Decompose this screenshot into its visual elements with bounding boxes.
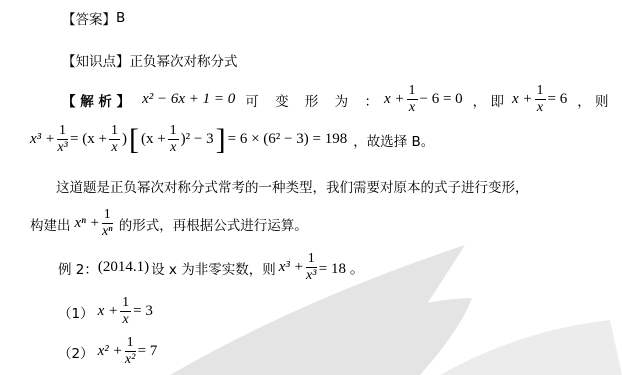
example-2-line: 例 2： (2014.1) 设 x 为非零实数，则 x³ + 1x³ = 18 … (58, 252, 365, 283)
option-1: （1） x + 1x = 3 (58, 296, 153, 327)
knowledge-label: 【知识点】 (62, 50, 130, 70)
equation-2-left: x + (384, 91, 405, 108)
analysis-label: 【 解 析 】 (62, 90, 130, 110)
option-result: = 7 (138, 343, 158, 360)
power-sum-expr: xⁿ + (75, 215, 100, 232)
analysis-text-3: ， 则 (577, 90, 608, 110)
knowledge-line: 【知识点】 正负幂次对称分式 (62, 50, 238, 70)
fraction-numerator: 1 (535, 84, 546, 100)
identity-inner-1: (x + (141, 131, 166, 148)
fraction-numerator: 1 (120, 296, 131, 312)
fraction-denominator: xⁿ (102, 224, 113, 239)
analysis-text-1: 可 变 形 为 ： (245, 90, 384, 110)
analysis-line-1: 【 解 析 】 x² − 6x + 1 = 0 可 变 形 为 ： x + 1x… (62, 84, 609, 115)
equation-3-left: x + (512, 91, 533, 108)
answer-label: 【答案】 (62, 8, 116, 28)
option-expr: x + (98, 303, 119, 320)
fraction-denominator: x³ (306, 268, 316, 283)
example-label: 例 2： (58, 258, 98, 278)
fraction-denominator: x (123, 312, 129, 327)
fraction-denominator: x² (125, 352, 135, 367)
fraction-numerator: 1 (407, 84, 418, 100)
left-bracket: [ (129, 125, 139, 155)
identity-inner-2: )² − 3 (181, 131, 214, 148)
paragraph-text-2-post: 的形式，再根据公式进行运算。 (119, 214, 308, 234)
cube-sum-left: x³ + (30, 131, 55, 148)
example-text: 设 x 为非零实数，则 (151, 258, 276, 278)
fraction-1-over-x: 1x (407, 84, 418, 115)
option-fraction: 1x² (125, 336, 136, 367)
identity-part-2: ) (122, 131, 127, 148)
fraction-numerator: 1 (306, 252, 317, 268)
fraction-numerator: 1 (109, 124, 120, 140)
analysis-line-2: x³ + 1x³ = (x + 1x ) [ (x + 1x )² − 3 ] … (30, 124, 434, 155)
option-result: = 3 (133, 303, 153, 320)
identity-part-1: = (x + (70, 131, 107, 148)
fraction-denominator: x (409, 100, 415, 115)
fraction-1-over-x: 1x (535, 84, 546, 115)
equation-2-right: − 6 = 0 (420, 91, 463, 108)
equation-1: x² − 6x + 1 = 0 (142, 91, 235, 108)
fraction-1-over-x3: 1x³ (306, 252, 317, 283)
fraction-1-over-x: 1x (109, 124, 120, 155)
fraction-numerator: 1 (102, 208, 113, 224)
paragraph-line-1: 这道题是正负幂次对称分式常考的一种类型，我们需要对原本的式子进行变形， (56, 176, 529, 196)
answer-value: B (116, 10, 125, 26)
fraction-1-over-x: 1x (168, 124, 179, 155)
fraction-numerator: 1 (57, 124, 68, 140)
answer-line: 【答案】 B (62, 8, 125, 28)
paragraph-text-2-pre: 构建出 (30, 214, 71, 234)
example-result: = 18 。 (319, 257, 365, 278)
fraction-1-over-xn: 1xⁿ (102, 208, 113, 239)
analysis-conclusion: ，故选择 B。 (353, 130, 434, 150)
equation-3-right: = 6 (548, 91, 568, 108)
analysis-text-2: ， 即 (473, 90, 504, 110)
fraction-1-over-x3: 1x³ (57, 124, 68, 155)
option-2: （2） x² + 1x² = 7 (58, 336, 157, 367)
identity-result: = 6 × (6² − 3) = 198 (228, 131, 348, 148)
fraction-denominator: x (537, 100, 543, 115)
example-source: (2014.1) (98, 259, 149, 276)
option-fraction: 1x (120, 296, 131, 327)
option-expr: x² + (98, 343, 123, 360)
paragraph-line-2: 构建出 xⁿ + 1xⁿ 的形式，再根据公式进行运算。 (30, 208, 308, 239)
fraction-denominator: x³ (57, 140, 67, 155)
option-number: （2） (58, 342, 94, 362)
right-bracket: ] (216, 125, 226, 155)
fraction-numerator: 1 (125, 336, 136, 352)
paragraph-text-1: 这道题是正负幂次对称分式常考的一种类型，我们需要对原本的式子进行变形， (56, 176, 529, 196)
option-number: （1） (58, 302, 94, 322)
fraction-denominator: x (170, 140, 176, 155)
knowledge-value: 正负幂次对称分式 (130, 50, 238, 70)
example-expr: x³ + (279, 259, 304, 276)
fraction-numerator: 1 (168, 124, 179, 140)
fraction-denominator: x (111, 140, 117, 155)
